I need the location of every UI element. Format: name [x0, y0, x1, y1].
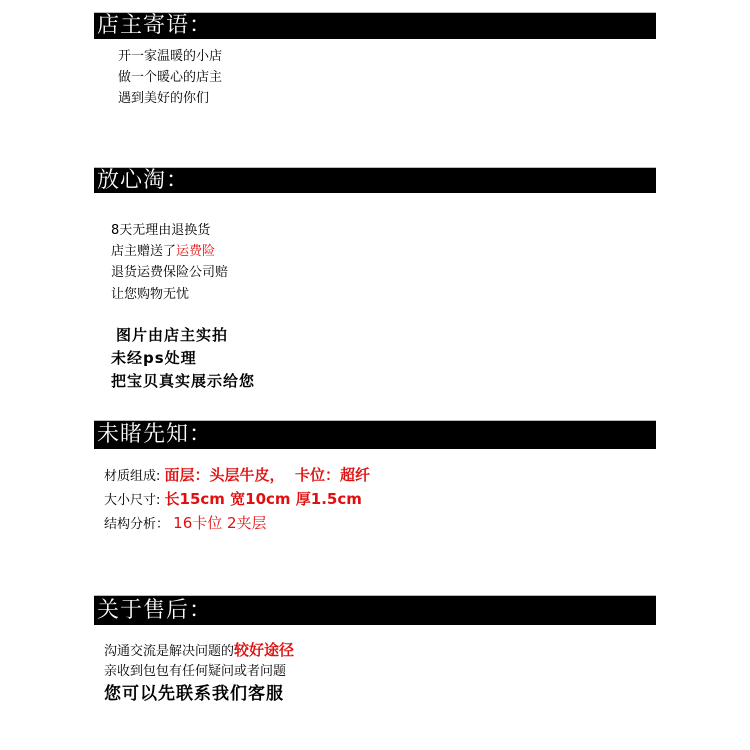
after-sales-text: 沟通交流是解决问题的	[104, 644, 234, 659]
better-way-highlight: 较好途径	[234, 641, 294, 659]
guarantee-line: 退货运费保险公司赔	[111, 265, 228, 281]
guarantee-line: 让您购物无忧	[111, 287, 189, 303]
spec-label: 材质组成:	[104, 469, 160, 484]
spec-row-material: 材质组成: 面层：头层牛皮， 卡位：超纤	[104, 466, 370, 486]
spec-label: 大小尺寸:	[104, 493, 160, 508]
guarantee-line: 8天无理由退换货	[111, 223, 210, 239]
section-header-after-sales: 关于售后：	[94, 595, 656, 625]
owner-message-line: 开一家温暖的小店	[118, 49, 222, 65]
section-title: 未睹先知：	[97, 424, 212, 446]
shipping-insurance-highlight: 运费险	[176, 244, 215, 259]
after-sales-line: 亲收到包包有任何疑问或者问题	[104, 664, 286, 680]
guarantee-line: 店主赠送了运费险	[111, 244, 215, 260]
owner-message-line: 做一个暖心的店主	[118, 70, 222, 86]
photo-note-line: 把宝贝真实展示给您	[111, 373, 255, 389]
spec-label: 结构分析：	[104, 517, 169, 532]
section-header-owner-message: 店主寄语：	[94, 12, 656, 39]
spec-value: 16卡位 2夹层	[173, 514, 266, 532]
spec-row-size: 大小尺寸: 长15cm 宽10cm 厚1.5cm	[104, 490, 362, 510]
guarantee-text: 店主赠送了	[111, 244, 176, 259]
spec-row-structure: 结构分析： 16卡位 2夹层	[104, 514, 267, 534]
after-sales-line: 沟通交流是解决问题的较好途径	[104, 641, 294, 661]
section-header-worry-free: 放心淘：	[94, 167, 656, 193]
owner-message-line: 遇到美好的你们	[118, 91, 209, 107]
spec-value: 长15cm 宽10cm 厚1.5cm	[165, 490, 362, 508]
section-title: 放心淘：	[97, 170, 189, 192]
section-header-product-specs: 未睹先知：	[94, 420, 656, 449]
photo-note-line: 未经ps处理	[111, 350, 197, 366]
contact-service-line: 您可以先联系我们客服	[104, 684, 284, 704]
section-title: 店主寄语：	[97, 15, 212, 37]
photo-note-line: 图片由店主实拍	[116, 327, 228, 343]
spec-value: 面层：头层牛皮， 卡位：超纤	[165, 466, 370, 484]
section-title: 关于售后：	[97, 600, 212, 622]
